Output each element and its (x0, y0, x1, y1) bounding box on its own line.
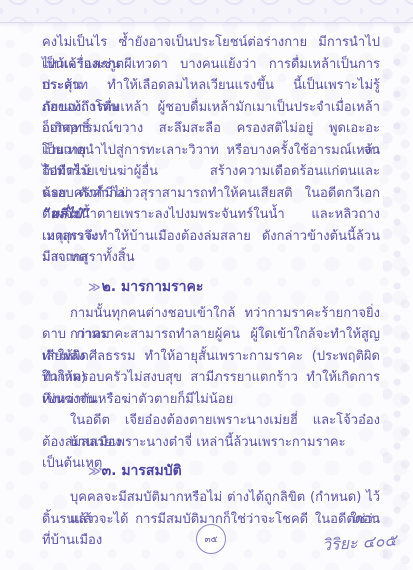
section-heading-3: ≫๓. มารสมบัติ (42, 459, 380, 483)
page-number: ๓๕ (205, 532, 218, 546)
text-line: กามนั้นทุกคนต่างชอบเข้าใกล้ ทว่ากามราคะร… (42, 303, 380, 325)
paragraph-lust: กามนั้นทุกคนต่างชอบเข้าใกล้ ทว่ากามราคะร… (42, 303, 380, 411)
text-line: ทำให้ครอบครัวไม่สงบสุข สามีภรรยาแตกร้าว … (42, 367, 380, 389)
text-line: ต้องจมน้ำตายเพราะลงไปงมพระจันทร์ในน้ำ แล… (42, 204, 380, 226)
section-heading-3-label: ๓. มารสมบัติ (102, 463, 182, 479)
text-line: ไปทำร้ายเข่นฆ่าผู้อื่น สร้างความเดือดร้อ… (42, 161, 380, 183)
text-segment: น้อย ดังคำกล่าวสุราสามารถทำให้คนเสียสติ … (42, 186, 380, 201)
text-line: ทำให้ผิดศีลธรรม ทำให้อายุสั้นเพราะกามราค… (42, 346, 380, 368)
text-line: บุคคลจะมีสมบัติมากหรือไม่ ต่างได้ถูกลิขิ… (42, 487, 380, 509)
paragraph-lust-examples: ในอดีต เจียอ๋องต้องตายเพราะนางเม่ยฮี่ แล… (42, 410, 380, 453)
text-line: ภัยของการดื่มเหล้า ผู้ชอบดื่มเหล้ามักเมา… (42, 97, 380, 119)
handwritten-note: วิริยะ ๔๐๕ (322, 528, 398, 558)
section-heading-2: ≫๒. มารกามราคะ (42, 275, 380, 299)
text-line: เมาสุราจึงทำให้บ้านเมืองต้องล่มสลาย ดังก… (42, 226, 380, 248)
text-line: ประสาท ทำให้เลือดลมไหลเวียนแรงขึ้น นี้เป… (42, 75, 380, 97)
section-heading-2-label: ๒. มารกามราคะ (102, 279, 204, 295)
text-line: เป็นเหตุนำไปสู่การทะเลาะวิวาท หรือบางครั… (42, 140, 380, 162)
text-line: ก็เกิดอารมณ์ขวาง สะลึมสะลือ ครองสติไม่อย… (42, 118, 380, 140)
text-line: ไหว้เจ้าและภูตผีเทวดา บางคนแย้งว่า การดื… (42, 54, 380, 76)
text-line: คงไม่เป็นไร ซ้ำยังอาจเป็นประโยชน์ต่อร่าง… (42, 32, 380, 54)
text-line: เข่นฆ่ากันหรือฆ่าตัวตายก็มีไม่น้อย (42, 389, 380, 411)
page-number-badge: ๓๕ (196, 524, 226, 554)
page-content: คงไม่เป็นไร ซ้ำยังอาจเป็นประโยชน์ต่อร่าง… (0, 23, 413, 530)
book-page: คงไม่เป็นไร ซ้ำยังอาจเป็นประโยชน์ต่อร่าง… (0, 0, 413, 570)
text-line: ดาบ กามราคะสามารถทำลายผู้คน ผู้ใดเข้าใกล… (42, 324, 380, 346)
top-ornament-border (0, 0, 413, 23)
heading-arrow-icon: ≫ (88, 280, 99, 294)
text-line: มาจากสุราทั้งสิ้น (42, 247, 380, 269)
text-line: ในอดีต เจียอ๋องต้องตายเพราะนางเม่ยฮี่ แล… (42, 410, 380, 432)
text-line-with-emphasis: น้อย ดังคำกล่าวสุราสามารถทำให้คนเสียสติ … (42, 183, 380, 205)
heading-arrow-icon: ≫ (88, 464, 99, 478)
text-line: ต้องล่มสลายเพราะนางต๋าจี่ เหล่านี้ล้วนเพ… (42, 432, 380, 454)
paragraph-drinking-continued: คงไม่เป็นไร ซ้ำยังอาจเป็นประโยชน์ต่อร่าง… (42, 32, 380, 269)
